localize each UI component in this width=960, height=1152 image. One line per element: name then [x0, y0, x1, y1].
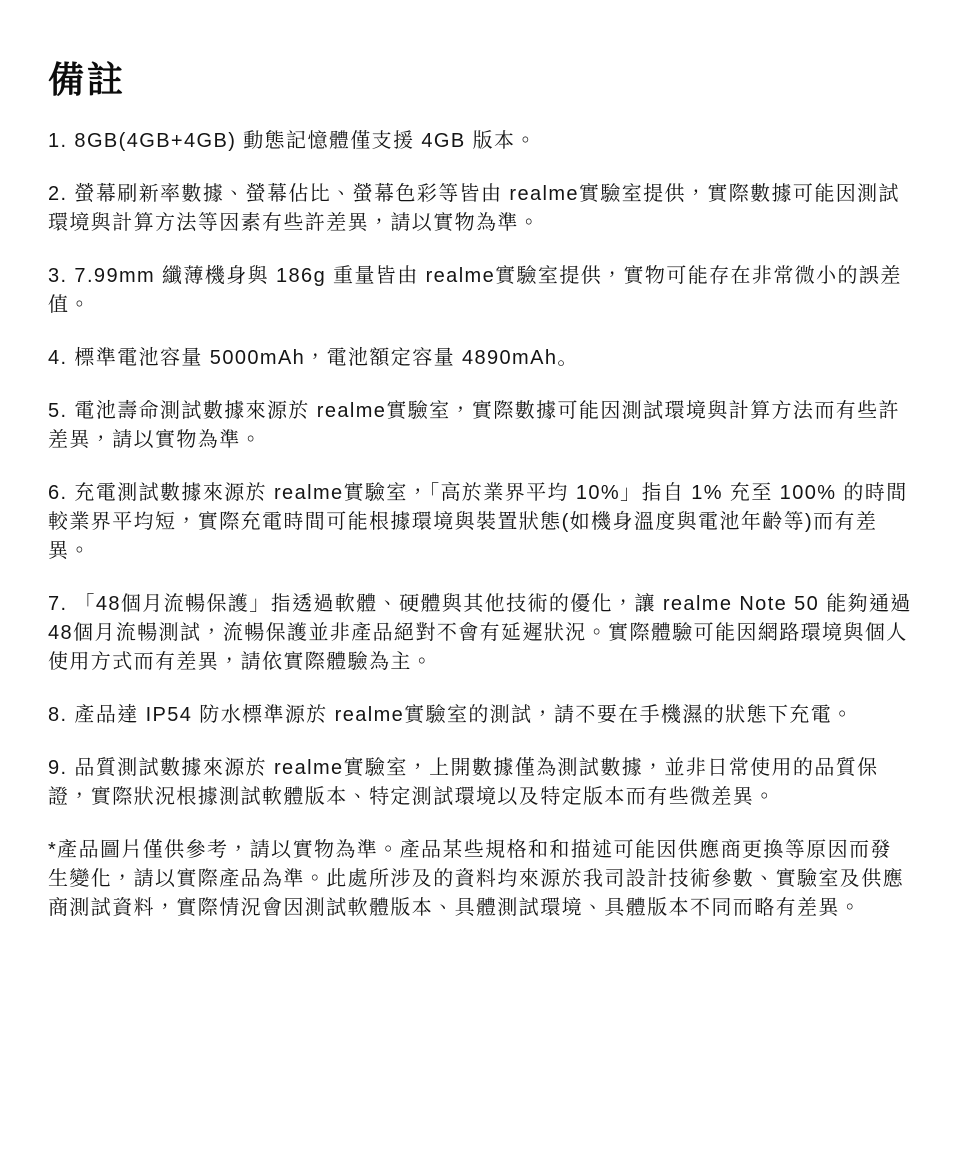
- disclaimer-footnote: *產品圖片僅供參考，請以實物為準。產品某些規格和和描述可能因供應商更換等原因而發…: [48, 836, 912, 923]
- page-title: 備註: [48, 58, 912, 101]
- note-item-5: 5. 電池壽命測試數據來源於 realme實驗室，實際數據可能因測試環境與計算方…: [48, 397, 912, 455]
- note-item-4: 4. 標準電池容量 5000mAh，電池額定容量 4890mAh。: [48, 344, 912, 373]
- note-item-8: 8. 產品達 IP54 防水標準源於 realme實驗室的測試，請不要在手機濕的…: [48, 701, 912, 730]
- note-item-6: 6. 充電測試數據來源於 realme實驗室，「高於業界平均 10%」指自 1%…: [48, 479, 912, 566]
- note-item-2: 2. 螢幕刷新率數據、螢幕佔比、螢幕色彩等皆由 realme實驗室提供，實際數據…: [48, 180, 912, 238]
- note-item-9: 9. 品質測試數據來源於 realme實驗室，上開數據僅為測試數據，並非日常使用…: [48, 754, 912, 812]
- note-item-1: 1. 8GB(4GB+4GB) 動態記憶體僅支援 4GB 版本。: [48, 127, 912, 156]
- note-item-3: 3. 7.99mm 纖薄機身與 186g 重量皆由 realme實驗室提供，實物…: [48, 262, 912, 320]
- notes-page: 備註 1. 8GB(4GB+4GB) 動態記憶體僅支援 4GB 版本。 2. 螢…: [0, 0, 960, 1152]
- note-item-7: 7. 「48個月流暢保護」指透過軟體、硬體與其他技術的優化，讓 realme N…: [48, 590, 912, 677]
